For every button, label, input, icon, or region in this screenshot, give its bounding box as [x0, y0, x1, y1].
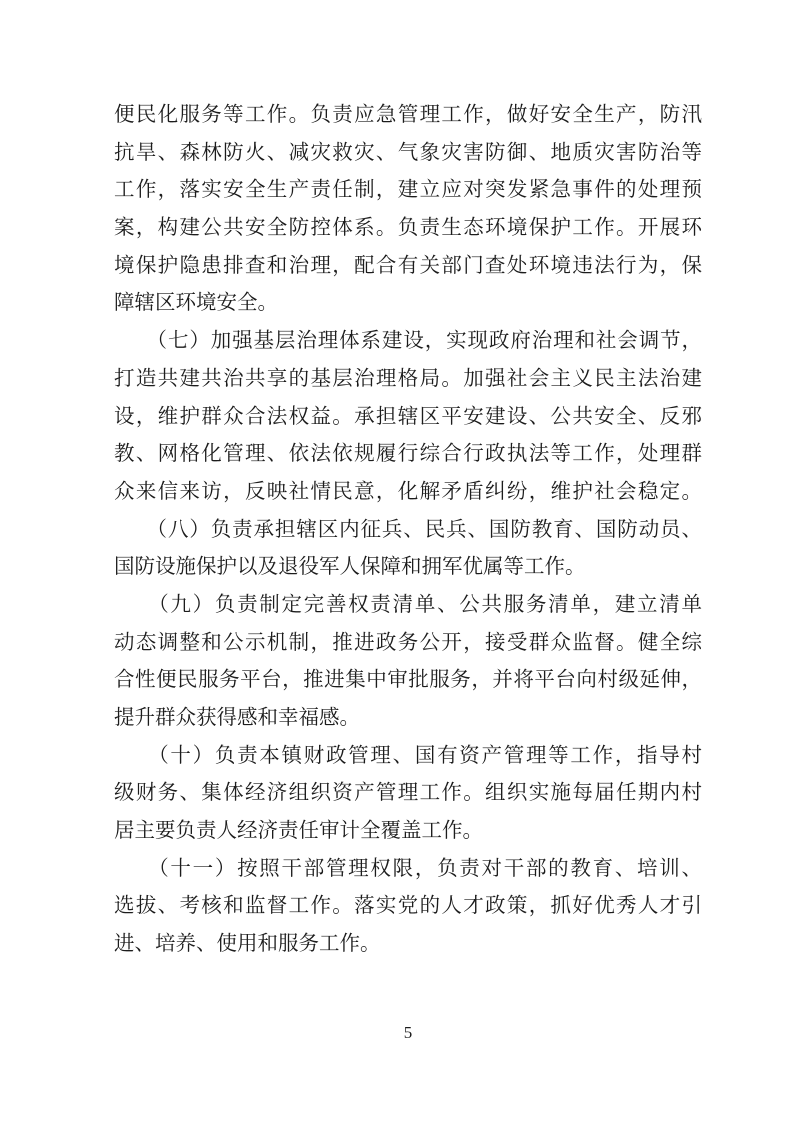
text-line: 众来信来访，反映社情民意，化解矛盾纠纷，维护社会稳定。: [114, 474, 702, 512]
paragraph-item-8: （八）负责承担辖区内征兵、民兵、国防教育、国防动员、国防设施保护以及退役军人保障…: [114, 512, 702, 587]
paragraph-item-11: （十一）按照干部管理权限，负责对干部的教育、培训、选拔、考核和监督工作。落实党的…: [114, 851, 702, 964]
text-line: 障辖区环境安全。: [114, 285, 702, 323]
text-line: 打造共建共治共享的基层治理格局。加强社会主义民主法治建: [114, 361, 702, 399]
page-footer: 5: [114, 1022, 702, 1044]
text-line: 案，构建公共安全防控体系。负责生态环境保护工作。开展环: [114, 210, 702, 248]
paragraph-item-10: （十）负责本镇财政管理、国有资产管理等工作，指导村级财务、集体经济组织资产管理工…: [114, 738, 702, 851]
text-line: 进、培养、使用和服务工作。: [114, 926, 702, 964]
text-line: 教、网格化管理、依法依规履行综合行政执法等工作，处理群: [114, 436, 702, 474]
text-line: 抗旱、森林防火、减灾救灾、气象灾害防御、地质灾害防治等: [114, 135, 702, 173]
text-line: （七）加强基层治理体系建设，实现政府治理和社会调节，: [114, 323, 702, 361]
text-line: 合性便民服务平台，推进集中审批服务，并将平台向村级延伸，: [114, 662, 702, 700]
text-line: 居主要负责人经济责任审计全覆盖工作。: [114, 813, 702, 851]
paragraph-item-9: （九）负责制定完善权责清单、公共服务清单，建立清单动态调整和公示机制，推进政务公…: [114, 587, 702, 738]
text-line: 级财务、集体经济组织资产管理工作。组织实施每届任期内村: [114, 775, 702, 813]
text-line: 便民化服务等工作。负责应急管理工作，做好安全生产，防汛: [114, 97, 702, 135]
page-number: 5: [404, 1023, 413, 1042]
text-line: 境保护隐患排查和治理，配合有关部门查处环境违法行为，保: [114, 248, 702, 286]
text-line: 工作，落实安全生产责任制，建立应对突发紧急事件的处理预: [114, 172, 702, 210]
text-line: 设，维护群众合法权益。承担辖区平安建设、公共安全、反邪: [114, 399, 702, 437]
document-body: 便民化服务等工作。负责应急管理工作，做好安全生产，防汛抗旱、森林防火、减灾救灾、…: [114, 97, 702, 964]
text-line: （十一）按照干部管理权限，负责对干部的教育、培训、: [114, 851, 702, 889]
text-line: 国防设施保护以及退役军人保障和拥军优属等工作。: [114, 549, 702, 587]
text-line: 选拔、考核和监督工作。落实党的人才政策，抓好优秀人才引: [114, 888, 702, 926]
text-line: 提升群众获得感和幸福感。: [114, 700, 702, 738]
paragraph-continuation: 便民化服务等工作。负责应急管理工作，做好安全生产，防汛抗旱、森林防火、减灾救灾、…: [114, 97, 702, 323]
paragraph-item-7: （七）加强基层治理体系建设，实现政府治理和社会调节，打造共建共治共享的基层治理格…: [114, 323, 702, 511]
text-line: （八）负责承担辖区内征兵、民兵、国防教育、国防动员、: [114, 512, 702, 550]
text-line: （九）负责制定完善权责清单、公共服务清单，建立清单: [114, 587, 702, 625]
text-line: （十）负责本镇财政管理、国有资产管理等工作，指导村: [114, 738, 702, 776]
document-page: 便民化服务等工作。负责应急管理工作，做好安全生产，防汛抗旱、森林防火、减灾救灾、…: [0, 0, 793, 1122]
text-line: 动态调整和公示机制，推进政务公开，接受群众监督。健全综: [114, 625, 702, 663]
